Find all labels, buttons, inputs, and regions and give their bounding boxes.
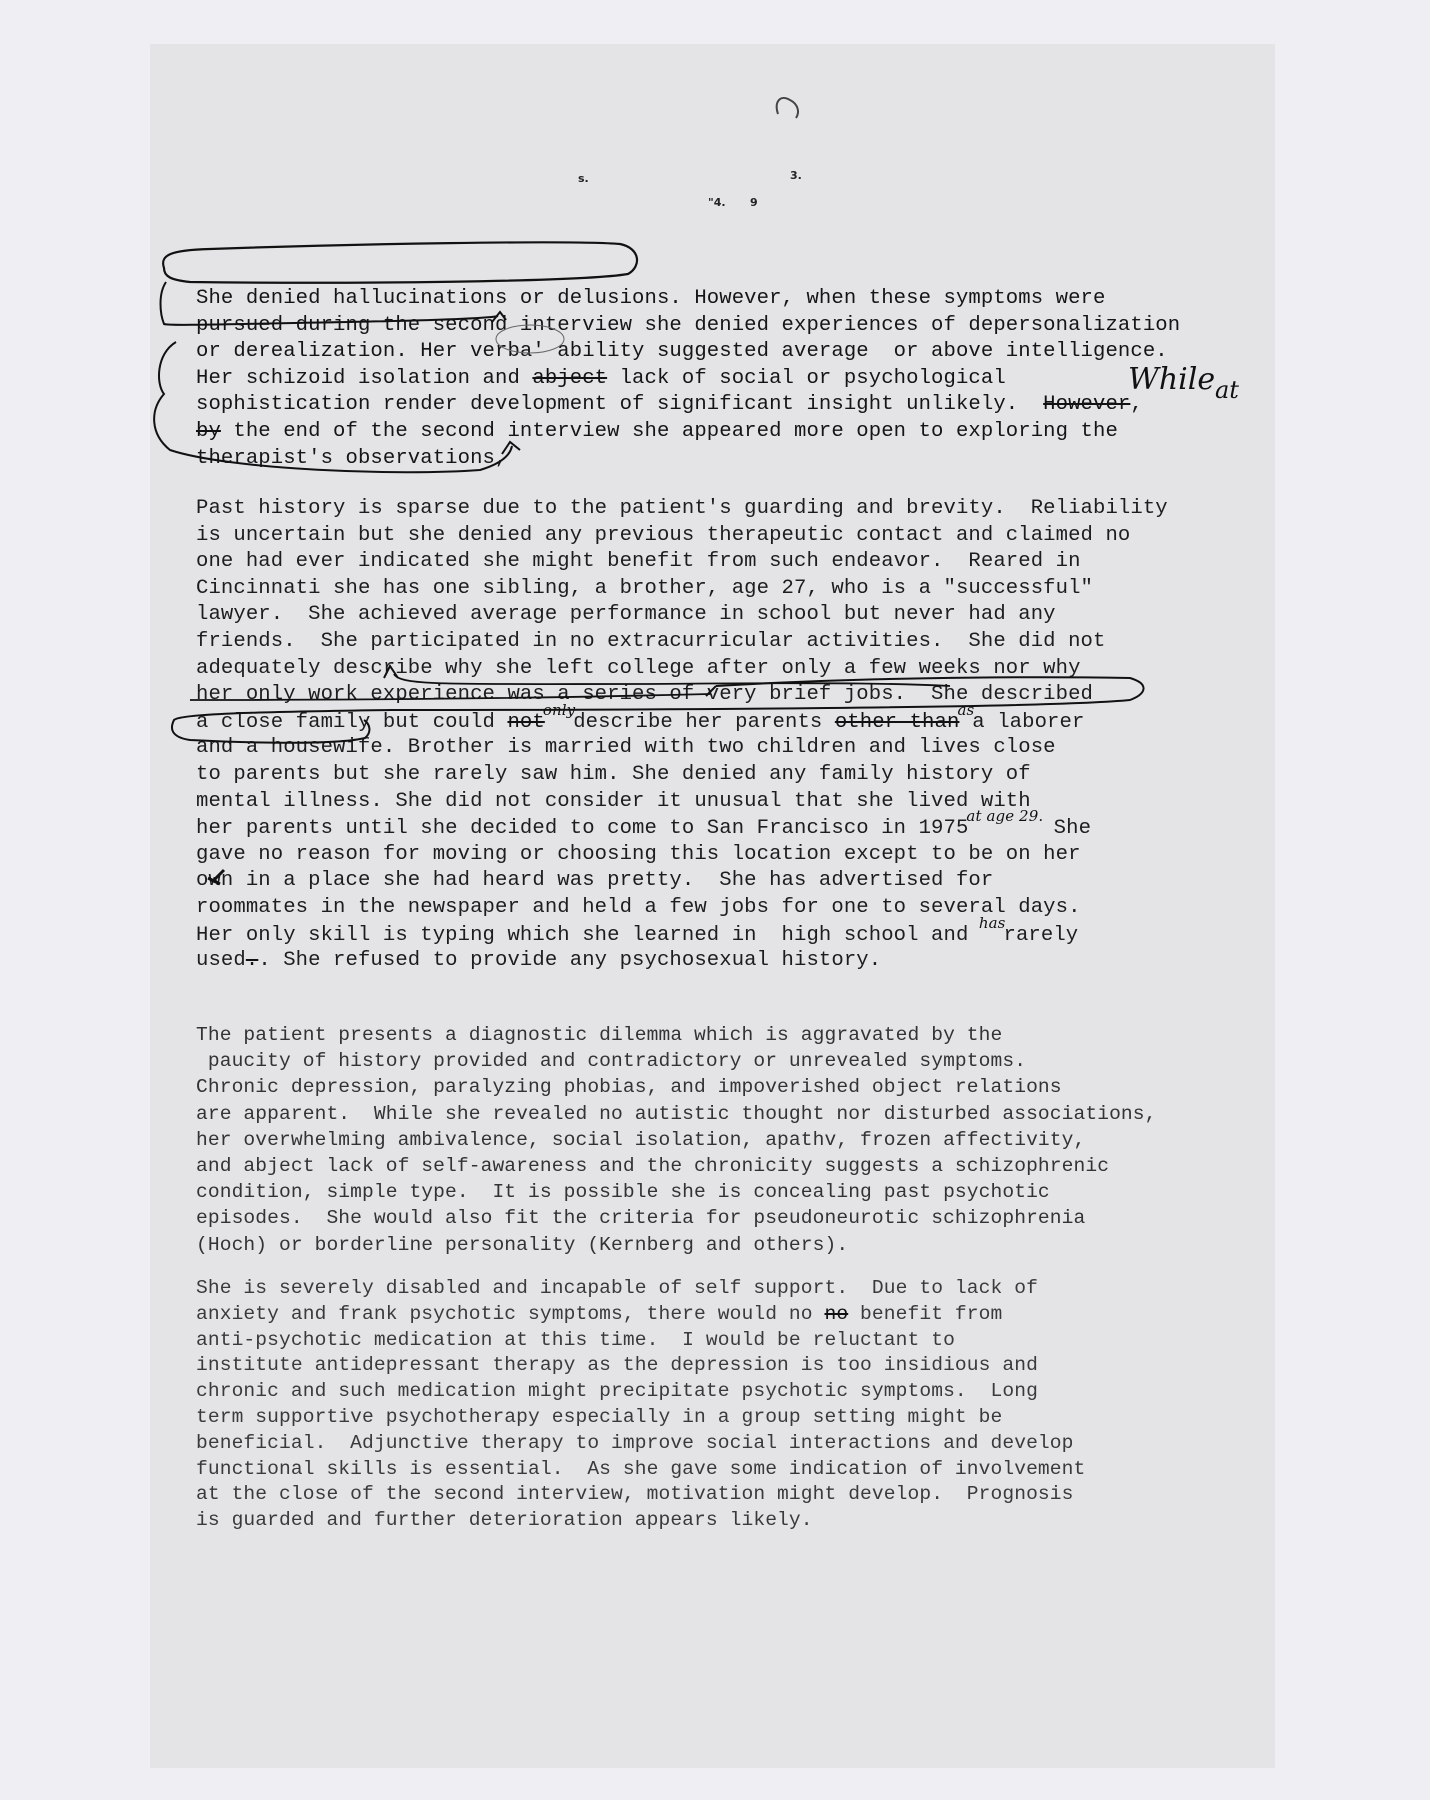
- text-line: functional skills is essential. As she g…: [196, 1457, 1276, 1483]
- text-line: by the end of the second interview she a…: [196, 419, 1276, 446]
- typed-text: episodes. She would also fit the criteri…: [196, 1207, 1085, 1229]
- text-line: or derealization. Her verba' ability sug…: [196, 339, 1276, 366]
- typed-text: gave no reason for moving or choosing th…: [196, 843, 1081, 866]
- typed-text: condition, simple type. It is possible s…: [196, 1181, 1050, 1203]
- typed-text: and a housewife.: [196, 736, 408, 759]
- text-line: and a housewife. Brother is married with…: [196, 735, 1276, 762]
- paragraph-diagnosis: The patient presents a diagnostic dilemm…: [196, 1022, 1276, 1258]
- typed-text: adequately describe why she left college…: [196, 657, 1081, 680]
- typed-text: friends. She participated in no extracur…: [196, 630, 1105, 653]
- text-line: The patient presents a diagnostic dilemm…: [196, 1022, 1276, 1048]
- text-line: Past history is sparse due to the patien…: [196, 496, 1276, 523]
- typed-text: anti-psychotic medication at this time. …: [196, 1329, 955, 1351]
- text-line: used.. She refused to provide any psycho…: [196, 948, 1276, 975]
- paragraph-recommendation: She is severely disabled and incapable o…: [196, 1276, 1276, 1534]
- text-line: friends. She participated in no extracur…: [196, 629, 1276, 656]
- typed-text: term supportive psychotherapy especially…: [196, 1406, 1002, 1428]
- text-line: anxiety and frank psychotic symptoms, th…: [196, 1302, 1276, 1328]
- text-line: adequately describe why she left college…: [196, 656, 1276, 683]
- typed-text: roommates in the newspaper and held a fe…: [196, 896, 1081, 919]
- typed-text: at the close of the second interview, mo…: [196, 1483, 1074, 1505]
- struck-text: abject: [532, 367, 607, 390]
- typed-text: Brother is married with two children and…: [408, 736, 1056, 759]
- paragraph-past-history: Past history is sparse due to the patien…: [196, 496, 1276, 975]
- handwritten-while: While: [1128, 362, 1215, 397]
- typed-text: her overwhelming ambivalence, social iso…: [196, 1129, 1085, 1151]
- typed-text: Cincinnati she has one sibling, a brothe…: [196, 577, 1093, 600]
- page-header-marks: s. 3. "4. 9: [150, 44, 1275, 244]
- typed-text: She is severely disabled and incapable o…: [196, 1277, 1038, 1299]
- text-line: to parents but she rarely saw him. She d…: [196, 762, 1276, 789]
- text-line: Her only skill is typing which she learn…: [196, 922, 1276, 949]
- typed-text: However, when these symptoms were: [682, 287, 1106, 310]
- struck-text: .: [246, 949, 258, 972]
- text-line: at the close of the second interview, mo…: [196, 1482, 1276, 1508]
- typed-text: Her schizoid isolation and: [196, 367, 532, 390]
- text-line: anti-psychotic medication at this time. …: [196, 1328, 1276, 1354]
- typed-text: are apparent. While she revealed no auti…: [196, 1103, 1157, 1125]
- text-line: sophistication render development of sig…: [196, 392, 1276, 419]
- typed-text: Her only skill is typing which she learn…: [196, 924, 981, 947]
- typed-text: benefit from: [848, 1303, 1002, 1325]
- text-line: term supportive psychotherapy especially…: [196, 1405, 1276, 1431]
- page-mark: 9: [750, 196, 758, 209]
- text-line: episodes. She would also fit the criteri…: [196, 1205, 1276, 1231]
- squiggle-mark: [150, 44, 1275, 244]
- typed-text: beneficial. Adjunctive therapy to improv…: [196, 1432, 1074, 1454]
- typed-text: own in a place she had heard was pretty.…: [196, 869, 993, 892]
- text-line: own in a place she had heard was pretty.…: [196, 868, 1276, 895]
- typed-text: (Hoch) or borderline personality (Kernbe…: [196, 1234, 848, 1256]
- typed-text: chronic and such medication might precip…: [196, 1380, 1038, 1402]
- typed-text: paucity of history provided and contradi…: [196, 1050, 1026, 1072]
- text-line: therapist's observations,: [196, 446, 1276, 473]
- typed-text: the end of the second interview she appe…: [221, 420, 1118, 443]
- struck-text: not: [507, 711, 544, 734]
- typed-text: is uncertain but she denied any previous…: [196, 524, 1130, 547]
- text-line: paucity of history provided and contradi…: [196, 1048, 1276, 1074]
- typed-text: She: [1041, 817, 1091, 840]
- page-mark: s.: [578, 172, 589, 185]
- text-line: condition, simple type. It is possible s…: [196, 1179, 1276, 1205]
- struck-text: However: [1043, 393, 1130, 416]
- text-line: is uncertain but she denied any previous…: [196, 523, 1276, 550]
- text-line: her overwhelming ambivalence, social iso…: [196, 1127, 1276, 1153]
- handwritten-insertion: only: [543, 701, 575, 719]
- typed-text: or derealization.: [196, 340, 420, 363]
- typed-text: functional skills is essential. As she g…: [196, 1458, 1085, 1480]
- typed-text: Past history is sparse due to the patien…: [196, 497, 1168, 520]
- typed-text: anxiety and frank psychotic symptoms, th…: [196, 1303, 824, 1325]
- document-page: s. 3. "4. 9 She denied hallucinations or…: [150, 44, 1275, 1768]
- paragraph-mental-status: She denied hallucinations or delusions. …: [196, 286, 1276, 472]
- typed-text: describe her parents: [573, 711, 835, 734]
- handwritten-at: at: [1215, 376, 1239, 404]
- typed-text: . She refused to provide any psychosexua…: [258, 949, 881, 972]
- text-line: She denied hallucinations or delusions. …: [196, 286, 1276, 313]
- typed-text: She denied any family history of: [632, 763, 1031, 786]
- text-line: mental illness. She did not consider it …: [196, 789, 1276, 816]
- text-line: are apparent. While she revealed no auti…: [196, 1101, 1276, 1127]
- text-line: beneficial. Adjunctive therapy to improv…: [196, 1431, 1276, 1457]
- typed-text: institute antidepressant therapy as the …: [196, 1354, 1038, 1376]
- typed-text: lack of social or psychological: [607, 367, 1006, 390]
- typed-text: She did not consider it unusual that she…: [383, 790, 1031, 813]
- text-line: and abject lack of self-awareness and th…: [196, 1153, 1276, 1179]
- typed-text: lawyer. She achieved average performance…: [196, 603, 1056, 626]
- text-line: chronic and such medication might precip…: [196, 1379, 1276, 1405]
- typed-text: mental illness.: [196, 790, 383, 813]
- text-line: (Hoch) or borderline personality (Kernbe…: [196, 1232, 1276, 1258]
- typed-text: is guarded and further deterioration app…: [196, 1509, 813, 1531]
- typed-text: used: [196, 949, 246, 972]
- typed-text: rarely: [1003, 924, 1078, 947]
- text-line: institute antidepressant therapy as the …: [196, 1353, 1276, 1379]
- typed-text: her parents until she decided to come to…: [196, 817, 968, 840]
- page-mark: 3.: [790, 169, 802, 182]
- typed-text: Her verba' ability suggested average or …: [420, 340, 1168, 363]
- text-line: She is severely disabled and incapable o…: [196, 1276, 1276, 1302]
- typed-text: She denied hallucinations or delusions.: [196, 287, 682, 310]
- text-line: Cincinnati she has one sibling, a brothe…: [196, 576, 1276, 603]
- typed-text: a close family but could: [196, 711, 507, 734]
- typed-text: pursued during the second interview she …: [196, 314, 1180, 337]
- text-line: pursued during the second interview she …: [196, 313, 1276, 340]
- typed-text: to parents but she rarely saw him.: [196, 763, 632, 786]
- handwritten-insertion: has: [979, 914, 1006, 932]
- text-line: lawyer. She achieved average performance…: [196, 602, 1276, 629]
- typed-text: therapist's observations,: [196, 447, 507, 470]
- struck-text: no: [824, 1303, 848, 1325]
- struck-text: other than: [835, 711, 960, 734]
- page-mark: "4.: [708, 196, 726, 209]
- text-line: gave no reason for moving or choosing th…: [196, 842, 1276, 869]
- text-line: Chronic depression, paralyzing phobias, …: [196, 1074, 1276, 1100]
- struck-text: by: [196, 420, 221, 443]
- text-line: her only work experience was a series of…: [196, 682, 1276, 709]
- handwritten-insertion: as: [957, 701, 974, 719]
- text-line: is guarded and further deterioration app…: [196, 1508, 1276, 1534]
- typed-text: a laborer: [972, 711, 1084, 734]
- text-line: a close family but could notonlydescribe…: [196, 709, 1276, 736]
- text-line: Her schizoid isolation and abject lack o…: [196, 366, 1276, 393]
- typed-text: and abject lack of self-awareness and th…: [196, 1155, 1109, 1177]
- typed-text: one had ever indicated she might benefit…: [196, 550, 1081, 573]
- text-line: her parents until she decided to come to…: [196, 815, 1276, 842]
- handwritten-insertion: at age 29.: [966, 807, 1043, 825]
- text-line: one had ever indicated she might benefit…: [196, 549, 1276, 576]
- text-line: roommates in the newspaper and held a fe…: [196, 895, 1276, 922]
- typed-text: Chronic depression, paralyzing phobias, …: [196, 1076, 1062, 1098]
- typed-text: sophistication render development of sig…: [196, 393, 1043, 416]
- typed-text: The patient presents a diagnostic dilemm…: [196, 1024, 1002, 1046]
